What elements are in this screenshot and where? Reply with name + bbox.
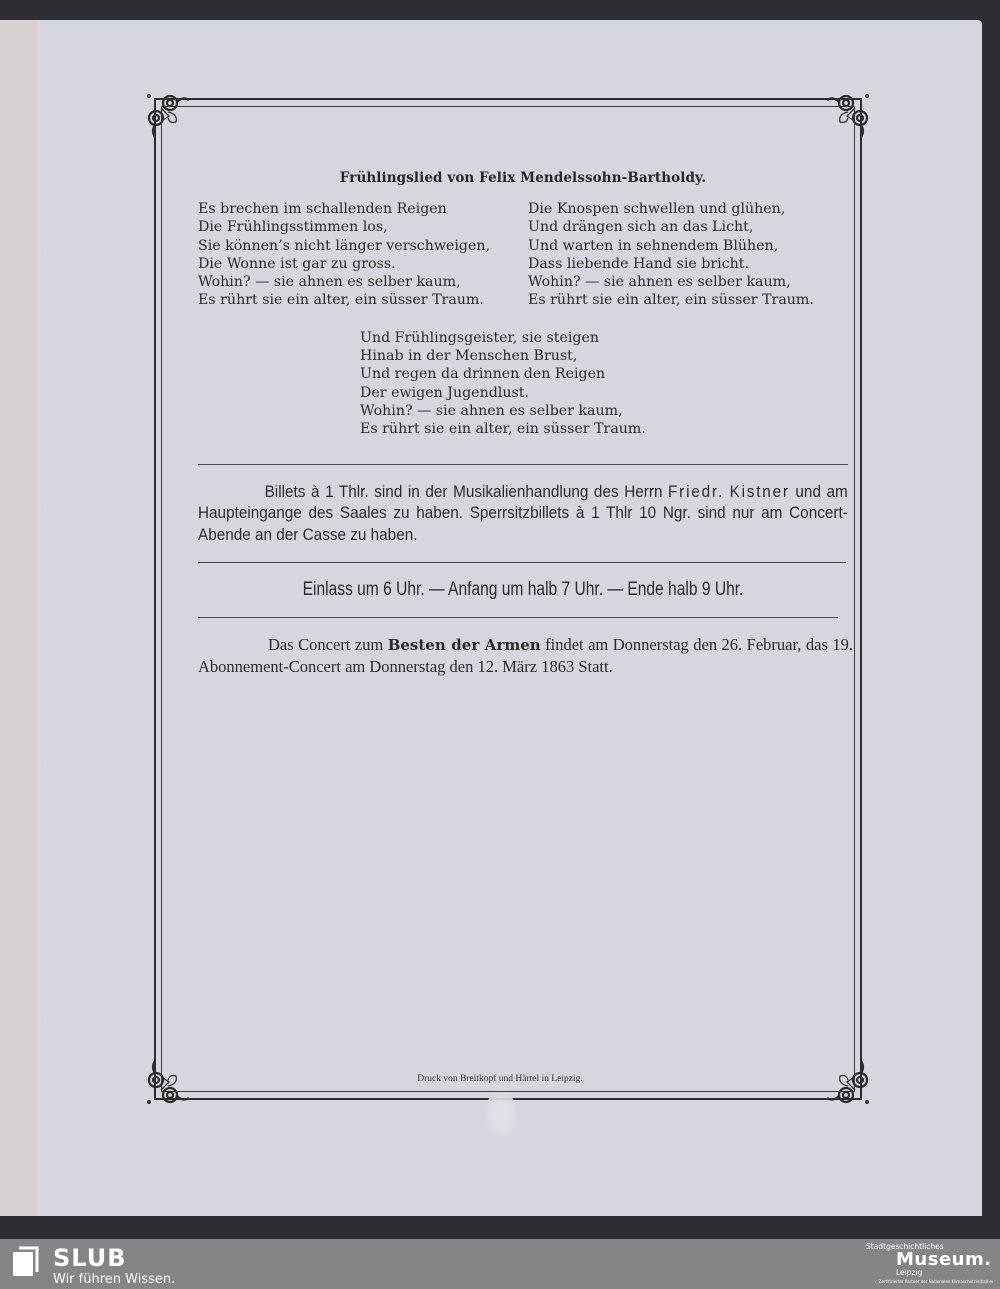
poem-line: Die Wonne ist gar zu gross.	[198, 255, 528, 273]
embossed-stamp	[484, 1092, 518, 1138]
poem-line: Wohin? — sie ahnen es selber kaum,	[528, 273, 848, 291]
page-fold	[36, 20, 42, 1216]
poem-line: Und regen da drinnen den Reigen	[360, 365, 848, 383]
poem-line: Wohin? — sie ahnen es selber kaum,	[360, 402, 848, 420]
slub-logo-tagline: Wir führen Wissen.	[53, 1272, 175, 1287]
poem-line: Es rührt sie ein alter, ein süsser Traum…	[528, 291, 848, 309]
info-highlight: Besten der Armen	[388, 636, 541, 654]
info-text: Das Concert zum	[198, 635, 388, 654]
poem-line: Wohin? — sie ahnen es selber kaum,	[198, 273, 528, 291]
divider	[198, 562, 846, 563]
poem-columns: Es brechen im schallenden Reigen Die Frü…	[198, 200, 848, 310]
ticket-notice: Billets à 1 Thlr. sind in der Musikalien…	[198, 481, 848, 546]
poem-line: Die Knospen schwellen und glühen,	[528, 200, 848, 218]
printer-imprint: Druck von Breitkopf und Härtel in Leipzi…	[0, 1074, 1000, 1084]
poem-line: Es rührt sie ein alter, ein süsser Traum…	[198, 291, 528, 309]
concert-info: Das Concert zum Besten der Armen findet …	[198, 634, 853, 678]
poem-line: Dass liebende Hand sie bricht.	[528, 255, 848, 273]
facing-page-edge	[0, 20, 36, 1216]
footer-bar: SLUB Wir führen Wissen. Stadtgeschichtli…	[0, 1239, 1000, 1289]
poem-line: Die Frühlingsstimmen los,	[198, 218, 528, 236]
ornament-corner-top-right-icon	[816, 90, 872, 146]
stanza-left: Es brechen im schallenden Reigen Die Frü…	[198, 200, 528, 310]
poem-line: Und warten in sehnendem Blühen,	[528, 237, 848, 255]
poem-line: Der ewigen Jugendlust.	[360, 384, 848, 402]
museum-line4: ✓ Zertifizierter Partner der Nationalen …	[874, 1279, 996, 1284]
divider	[198, 464, 848, 465]
poem-line: Sie können’s nicht länger verschweigen,	[198, 237, 528, 255]
ornament-corner-top-left-icon	[144, 90, 200, 146]
poem-line: Es rührt sie ein alter, ein süsser Traum…	[360, 420, 848, 438]
poem-line: Und Frühlingsgeister, sie steigen	[360, 329, 848, 347]
poem-line: Es brechen im schallenden Reigen	[198, 200, 528, 218]
concert-times: Einlass um 6 Uhr. — Anfang um halb 7 Uhr…	[257, 579, 790, 601]
slub-logo-title[interactable]: SLUB	[53, 1244, 127, 1272]
divider	[198, 617, 838, 618]
poem-line: Und drängen sich an das Licht,	[528, 218, 848, 236]
ticket-name-last: Kistner	[730, 482, 790, 501]
ticket-text: Billets à 1 Thlr. sind in der Musikalien…	[198, 482, 668, 501]
poem-title: Frühlingslied von Felix Mendelssohn-Bart…	[198, 170, 848, 186]
poem-line: Hinab in der Menschen Brust,	[360, 347, 848, 365]
museum-line2: Museum.	[896, 1251, 996, 1268]
stanza-center: Und Frühlingsgeister, sie steigen Hinab …	[360, 329, 848, 439]
ticket-name-first: Friedr.	[668, 482, 724, 501]
book-pages-icon	[13, 1246, 41, 1278]
stanza-right: Die Knospen schwellen und glühen, Und dr…	[528, 200, 848, 310]
museum-logo[interactable]: Stadtgeschichtliches Museum. Leipzig ✓ Z…	[866, 1242, 996, 1284]
document-content: Frühlingslied von Felix Mendelssohn-Bart…	[198, 170, 848, 678]
